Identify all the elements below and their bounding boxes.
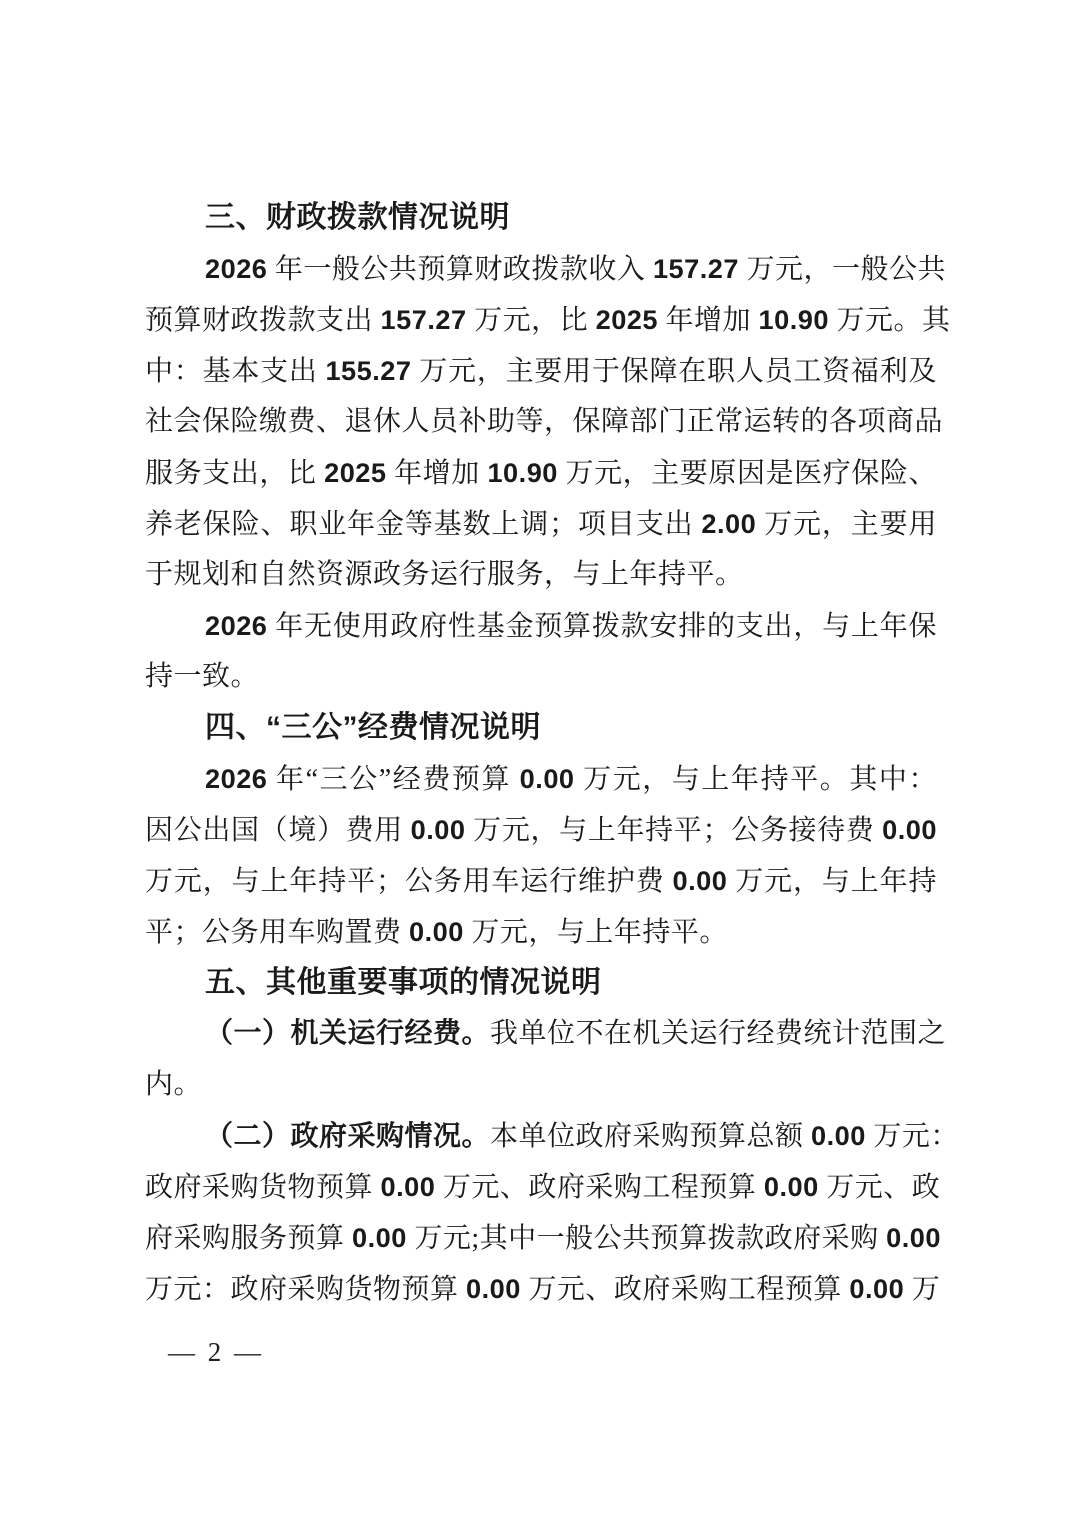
section-3-para-1-line-5: 服务支出，比 2025 年增加 10.90 万元，主要原因是医疗保险、	[145, 447, 937, 498]
section-5-item-2-line-3: 府采购服务预算 0.00 万元;其中一般公共预算拨款政府采购 0.00	[145, 1212, 937, 1263]
section-5-item-2-lead: （二）政府采购情况。	[205, 1121, 490, 1152]
section-4-para-1-line-2: 因公出国（境）费用 0.00 万元，与上年持平；公务接待费 0.00	[145, 804, 937, 855]
page-number: — 2 —	[168, 1332, 264, 1372]
section-3-para-1-line-6: 养老保险、职业年金等基数上调；项目支出 2.00 万元，主要用	[145, 498, 937, 549]
section-5-item-1-lead: （一）机关运行经费。	[205, 1018, 490, 1049]
section-3-para-2-line-1: 2026 年无使用政府性基金预算拨款安排的支出，与上年保	[145, 600, 937, 651]
section-3-para-1-line-7: 于规划和自然资源政务运行服务，与上年持平。	[145, 549, 937, 600]
section-3-heading: 三、财政拨款情况说明	[145, 192, 937, 243]
section-3-para-2-line-2: 持一致。	[145, 651, 937, 702]
section-3-para-1-line-1: 2026 年一般公共预算财政拨款收入 157.27 万元，一般公共	[145, 243, 937, 294]
section-3-para-1-line-4: 社会保险缴费、退休人员补助等，保障部门正常运转的各项商品	[145, 396, 937, 447]
section-5-heading: 五、其他重要事项的情况说明	[145, 957, 937, 1008]
document-content: 三、财政拨款情况说明 2026 年一般公共预算财政拨款收入 157.27 万元，…	[145, 192, 937, 1314]
section-3-para-1-line-3: 中：基本支出 155.27 万元，主要用于保障在职人员工资福利及	[145, 345, 937, 396]
section-5-item-2-line-1: （二）政府采购情况。本单位政府采购预算总额 0.00 万元：	[145, 1110, 937, 1161]
section-4-para-1-line-3: 万元，与上年持平；公务用车运行维护费 0.00 万元，与上年持	[145, 855, 937, 906]
section-4-para-1-line-1: 2026 年“三公”经费预算 0.00 万元，与上年持平。其中：	[145, 753, 937, 804]
document-page: 三、财政拨款情况说明 2026 年一般公共预算财政拨款收入 157.27 万元，…	[0, 0, 1074, 1520]
section-4-para-1-line-4: 平；公务用车购置费 0.00 万元，与上年持平。	[145, 906, 937, 957]
section-3-para-1-line-2: 预算财政拨款支出 157.27 万元，比 2025 年增加 10.90 万元。其	[145, 294, 937, 345]
section-5-item-1-text: 我单位不在机关运行经费统计范围之	[490, 1018, 946, 1049]
section-5-item-2-text: 本单位政府采购预算总额 0.00 万元：	[490, 1121, 959, 1152]
section-5-item-2-line-4: 万元：政府采购货物预算 0.00 万元、政府采购工程预算 0.00 万	[145, 1263, 937, 1314]
section-5-item-2-line-2: 政府采购货物预算 0.00 万元、政府采购工程预算 0.00 万元、政	[145, 1161, 937, 1212]
section-5-item-1-line-2: 内。	[145, 1059, 937, 1110]
section-5-item-1-line-1: （一）机关运行经费。我单位不在机关运行经费统计范围之	[145, 1008, 937, 1059]
section-4-heading: 四、“三公”经费情况说明	[145, 702, 937, 753]
